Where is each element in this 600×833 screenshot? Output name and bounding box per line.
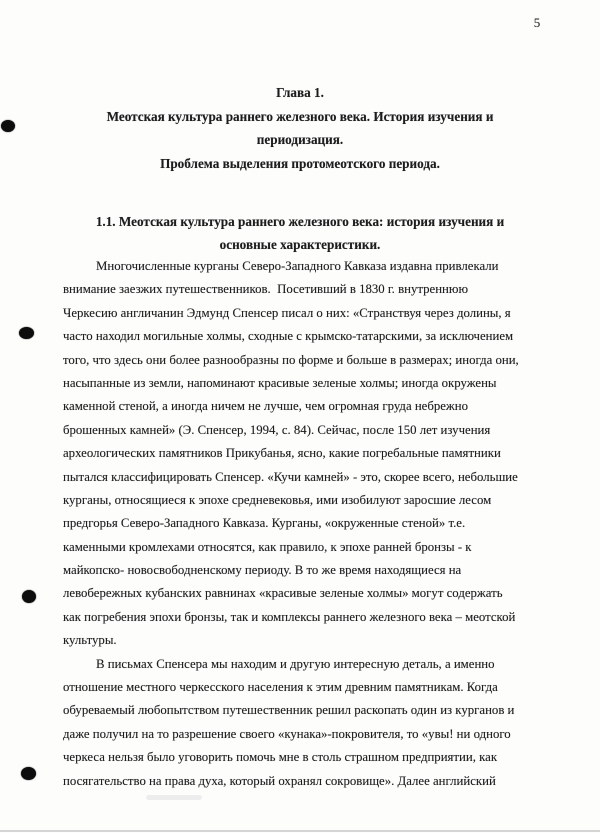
text-line: как погребения эпохи бронзы, так и компл… (63, 606, 545, 629)
section-heading-line: основные характеристики. (40, 233, 560, 256)
text-line: даже получил на то разрешение своего «ку… (63, 723, 545, 746)
text-line: майкопско- новосвободненскому периоду. В… (63, 559, 545, 582)
chapter-title-line: периодизация. (40, 128, 560, 152)
text-line: посягательство на права духа, который ох… (63, 770, 545, 793)
text-line: внимание заезжих путешественников. Посет… (63, 278, 545, 301)
page-body: Многочисленные курганы Северо-Западного … (63, 255, 545, 793)
text-line: каменной стеной, а иногда ничем не лучше… (63, 395, 545, 418)
paragraph: В письмах Спенсера мы находим и другую и… (63, 653, 545, 793)
text-line: Многочисленные курганы Северо-Западного … (63, 255, 545, 278)
text-line: пытался классифицировать Спенсер. «Кучи … (63, 466, 545, 489)
text-line: насыпанные из земли, напоминают красивые… (63, 372, 545, 395)
text-line: левобережных кубанских равнинах «красивы… (63, 582, 545, 605)
text-line: отношение местного черкесского населения… (63, 676, 545, 699)
text-line: того, что здесь они более разнообразны п… (63, 349, 545, 372)
text-line: В письмах Спенсера мы находим и другую и… (63, 653, 545, 676)
text-line: черкеса нельзя было уговорить помочь мне… (63, 746, 545, 769)
paragraph: Многочисленные курганы Северо-Западного … (63, 255, 545, 653)
binding-hole-dot (22, 590, 36, 603)
text-line: каменными кромлехами относятся, как прав… (63, 536, 545, 559)
text-line: культуры. (63, 629, 545, 652)
chapter-number-line: Глава 1. (40, 81, 560, 105)
text-line: курганы, относящиеся к эпохе средневеков… (63, 489, 545, 512)
text-line: Черкесию англичанин Эдмунд Спенсер писал… (63, 302, 545, 325)
scan-artifact (146, 795, 202, 800)
text-line: предгорья Северо-Западного Кавказа. Кург… (63, 512, 545, 535)
text-line: брошенных камней» (Э. Спенсер, 1994, с. … (63, 419, 545, 442)
section-heading-line: 1.1. Меотская культура раннего железного… (40, 210, 560, 233)
section-heading: 1.1. Меотская культура раннего железного… (40, 210, 560, 256)
binding-hole-dot (19, 327, 34, 339)
scan-edge-artifact (0, 830, 600, 832)
chapter-subtitle-line: Проблема выделения протомеотского период… (40, 152, 560, 176)
scanned-document-page: 5 Глава 1. Меотская культура раннего жел… (0, 0, 600, 833)
text-line: обуреваемый любопытством путешественник … (63, 699, 545, 722)
chapter-title-line: Меотская культура раннего железного века… (40, 105, 560, 129)
chapter-heading: Глава 1. Меотская культура раннего желез… (40, 81, 560, 175)
text-line: часто находил могильные холмы, сходные с… (63, 325, 545, 348)
page-number: 5 (528, 15, 546, 31)
text-line: археологических памятников Прикубанья, я… (63, 442, 545, 465)
binding-hole-dot (1, 120, 15, 132)
binding-hole-dot (21, 767, 36, 780)
